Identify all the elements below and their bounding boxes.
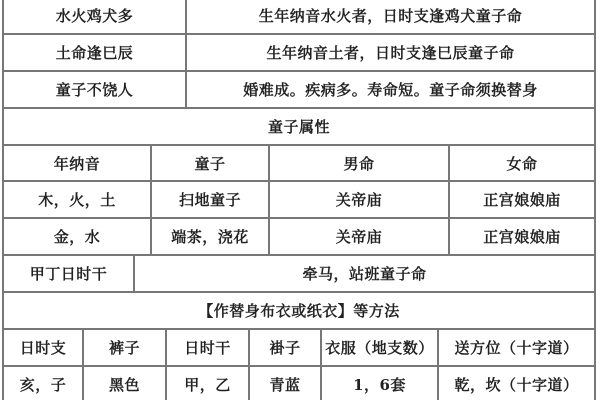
table-right-border: [594, 0, 596, 400]
column-header: 男命: [270, 146, 448, 180]
column-header: 日时干: [167, 330, 248, 365]
rule-label: 童子不饶人: [4, 72, 185, 107]
rule-label: 土命逢巳辰: [4, 35, 185, 70]
section-title: 童子属性: [4, 109, 594, 144]
table-cell: 1，6套: [322, 367, 437, 400]
table-cell: 金，水: [4, 219, 150, 254]
column-header: 年纳音: [4, 146, 150, 180]
table-cell: 正宫娘娘庙: [450, 182, 594, 217]
column-header: 日时支: [4, 330, 82, 365]
table-cell: 亥，子: [4, 367, 82, 400]
table-cell: 甲，乙: [167, 367, 248, 400]
table-cell: 黑色: [84, 367, 165, 400]
table-cell: 木，火，土: [4, 182, 150, 217]
table-cell: 正宫娘娘庙: [450, 219, 594, 254]
tongzi-table: 水火鸡犬多 生年纳音水火者，日时支逢鸡犬童子命 土命逢巳辰 生年纳音土者，日时支…: [0, 0, 600, 400]
special-row-value: 牵马，站班童子命: [135, 256, 594, 291]
column-header: 褂子: [250, 330, 320, 365]
column-header: 送方位（十字道）: [439, 330, 594, 365]
table-cell: 关帝庙: [270, 182, 448, 217]
column-header: 女命: [450, 146, 594, 180]
table-cell: 关帝庙: [270, 219, 448, 254]
column-header: 童子: [152, 146, 268, 180]
column-header: 衣服（地支数）: [322, 330, 437, 365]
rule-description: 生年纳音水火者，日时支逢鸡犬童子命: [187, 0, 594, 33]
rule-description: 生年纳音土者，日时支逢巳辰童子命: [187, 35, 594, 70]
table-cell: 扫地童子: [152, 182, 268, 217]
section-title: 【作替身布衣或纸衣】等方法: [4, 293, 594, 328]
table-cell: 端茶，浇花: [152, 219, 268, 254]
table-cell: 乾，坎（十字道）: [439, 367, 594, 400]
rule-description: 婚难成。疾病多。寿命短。童子命须换替身: [187, 72, 594, 107]
special-row-label: 甲丁日时干: [4, 256, 133, 291]
column-header: 裤子: [84, 330, 165, 365]
table-cell: 青蓝: [250, 367, 320, 400]
rule-label: 水火鸡犬多: [4, 0, 185, 33]
